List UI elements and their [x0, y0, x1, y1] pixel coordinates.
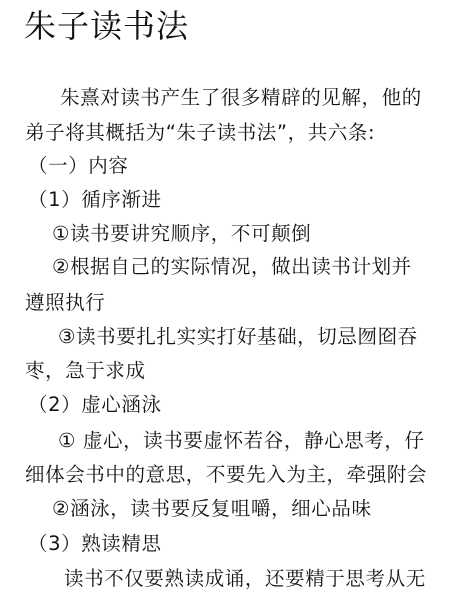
list-item: ②根据自己的实际情况，做出读书计划并 [52, 253, 412, 281]
list-item-continuation: 遵照执行 [25, 289, 105, 317]
page-title: 朱子读书法 [24, 4, 189, 48]
list-item: ③读书要扎扎实实打好基础，切忌囫囵吞 [58, 323, 418, 351]
list-item-continuation: 细体会书中的意思，不要先入为主，牵强附会 [25, 461, 427, 489]
paragraph-line: 读书不仅要熟读成诵，还要精于思考从无 [64, 565, 426, 593]
list-item: ①读书要讲究顺序，不可颠倒 [52, 220, 311, 248]
subsection-heading: （3）熟读精思 [28, 530, 162, 558]
paragraph-line: 弟子将其概括为“朱子读书法”，共六条: [25, 119, 375, 147]
paragraph-line: 朱熹对读书产生了很多精辟的见解，他的 [60, 84, 422, 112]
section-heading: （一）内容 [28, 152, 129, 180]
subsection-heading: （2）虚心涵泳 [28, 391, 162, 419]
list-item: ① 虚心，读书要虚怀若谷，静心思考，仔 [58, 427, 425, 455]
list-item-continuation: 枣，急于求成 [25, 357, 146, 385]
list-item: ②涵泳，读书要反复咀嚼，细心品味 [52, 495, 372, 523]
subsection-heading: （1）循序渐进 [28, 186, 162, 214]
